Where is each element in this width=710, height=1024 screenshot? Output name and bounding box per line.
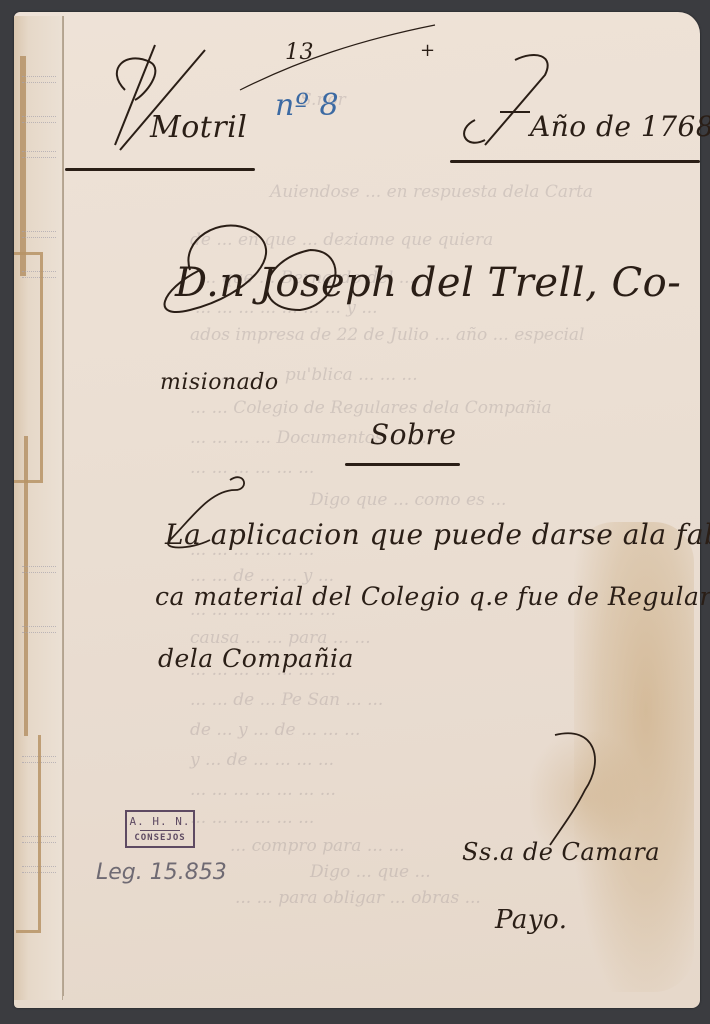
subject-heading: Sobre: [370, 418, 456, 451]
archive-reference: Leg. 15.853: [96, 860, 227, 885]
bleed-through-line: ... ... ... ... ... ... ...: [190, 780, 336, 800]
bleed-through-line: de ... y ... de ... ... ...: [190, 720, 360, 740]
binding-thread: [20, 56, 26, 276]
binding-tie: [16, 735, 41, 933]
flourish-closing: [545, 730, 605, 850]
bleed-through-line: ... ... de ... Pe San ... ...: [190, 690, 383, 710]
stitch-mark: [22, 231, 56, 238]
title-line-1: D.n Joseph del Trell, Co-: [175, 260, 681, 306]
header-place-label: Motril: [150, 110, 247, 145]
subject-line-1: La aplicacion que puede darse ala fabri-: [165, 518, 710, 551]
stitch-mark: [22, 76, 56, 83]
bleed-through-line: ... ... para obligar ... obras ...: [235, 888, 481, 908]
stitch-mark: [22, 566, 56, 573]
bleed-through-line: Digo ... que ...: [310, 862, 431, 882]
header-stroke: [240, 20, 440, 100]
stitch-mark: [22, 151, 56, 158]
subject-line-3: dela Compañia: [158, 644, 354, 673]
bleed-through-line: y ... de ... ... ... ...: [190, 750, 334, 770]
cross-mark: +: [420, 40, 436, 61]
header-underline-right: [450, 160, 700, 163]
blue-pencil-number: nº 8: [275, 88, 339, 123]
stamp-separator: [140, 830, 180, 831]
margin-fold-line: [63, 16, 64, 996]
subject-line-2: ca material del Colegio q.e fue de Regul…: [155, 582, 710, 611]
stitch-mark: [22, 626, 56, 633]
binding-tie: [14, 252, 43, 483]
archive-stamp: A. H. N. CONSEJOS: [125, 810, 195, 848]
bleed-through-line: Auiendose ... en respuesta dela Carta: [270, 182, 593, 202]
year-label: Año de 1768: [530, 110, 710, 143]
stitch-mark: [22, 116, 56, 123]
bleed-through-line: ... compro para ... ...: [230, 836, 405, 856]
stamp-line-2: CONSEJOS: [127, 832, 193, 844]
closing-signature: Payo.: [495, 905, 567, 935]
stamp-line-1: A. H. N.: [127, 815, 193, 829]
bleed-through-line: Digo que ... como es ...: [310, 490, 506, 510]
folio-number: 13: [285, 40, 314, 65]
bleed-through-line: ... ... ... ... ... ...: [190, 808, 314, 828]
subject-heading-underline: [345, 463, 460, 466]
bleed-through-line: ... ... Colegio de Regulares dela Compañ…: [190, 398, 552, 418]
header-underline-left: [65, 168, 255, 171]
closing-office: Ss.a de Camara: [462, 838, 660, 866]
title-line-2: misionado: [160, 370, 279, 395]
